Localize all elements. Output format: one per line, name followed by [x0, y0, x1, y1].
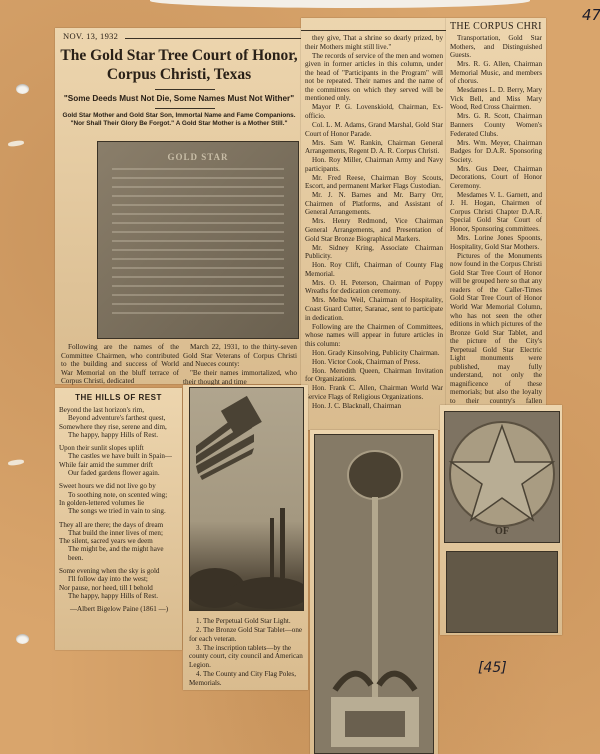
poem-line: Beyond adventure's farthest quest, — [59, 414, 179, 422]
seal-clipping: OF — [440, 405, 562, 635]
photo-captions: 1. The Perpetual Gold Star Light.2. The … — [189, 617, 304, 688]
headline-line-1: The Gold Star Tree Court of Honor, — [59, 46, 299, 65]
poem-line: The castles we have built in Spain— — [59, 452, 179, 460]
article-date: NOV. 13, 1932 — [63, 31, 118, 41]
seal-photo: OF — [444, 411, 560, 543]
committee-paragraph: Mesdames V. L. Garnett, and J. H. Hogan,… — [450, 191, 542, 234]
column-4-clipping: THE CORPUS CHRI Transportation, Gold Sta… — [446, 18, 546, 408]
headline-line-2: Corpus Christi, Texas — [59, 65, 299, 84]
poem-line: The songs we tried in vain to sing. — [59, 507, 179, 515]
rule — [155, 89, 215, 90]
committee-paragraph: Mr. Sidney Kring, Associate Chairman Pub… — [305, 244, 443, 261]
caption-item: 2. The Bronze Gold Star Tablet—one for e… — [189, 626, 304, 643]
lead-paragraph: Following are the names of the Committee… — [61, 343, 179, 386]
lead-quote: "Be their names immortalized, who their … — [183, 369, 297, 386]
rule — [125, 38, 301, 39]
committee-paragraph: Hon. Frank C. Allen, Chairman World War … — [305, 384, 443, 401]
lead-paragraph-2: March 22, 1931, to the thirty-seven Gold… — [183, 343, 297, 369]
us-flag-icon — [190, 388, 303, 610]
committee-paragraph: Mrs. R. G. Allen, Chairman Memorial Musi… — [450, 60, 542, 86]
poem-attribution: —Albert Bigelow Paine (1861 —) — [59, 605, 179, 613]
binder-hole — [16, 634, 29, 644]
poem-stanza: Beyond the last horizon's rim,Beyond adv… — [59, 406, 179, 439]
committee-paragraph: Mr. Fred Reese, Chairman Boy Scouts, Esc… — [305, 174, 443, 191]
poem-stanza: Upon their sunlit slopes upliftThe castl… — [59, 444, 179, 477]
poem-line: That build the inner lives of men; — [59, 529, 179, 537]
committee-paragraph: they give, That a shrine so dearly prize… — [305, 34, 443, 51]
committee-paragraph: Hon. Roy Miller, Chairman Army and Navy … — [305, 156, 443, 173]
headline: The Gold Star Tree Court of Honor, Corpu… — [59, 46, 299, 84]
flag-photo — [189, 387, 304, 611]
committee-paragraph: Mrs. Melba Weil, Chairman of Hospitality… — [305, 296, 443, 322]
caption-item: 3. The inscription tablets—by the county… — [189, 644, 304, 670]
committee-paragraph: Mrs. O. H. Peterson, Chairman of Poppy W… — [305, 279, 443, 296]
rule — [155, 108, 215, 109]
poem-line: They all are there; the days of dream — [59, 521, 179, 529]
paper-tear — [8, 140, 25, 147]
committee-paragraph: Mrs. Henry Redmond, Vice Chairman Genera… — [305, 217, 443, 243]
committee-paragraph: Following are the Chairmen of Committees… — [305, 323, 443, 349]
poem-stanza: They all are there; the days of dreamTha… — [59, 521, 179, 562]
committee-paragraph: Mrs. Gus Deer, Chairman Decorations, Cou… — [450, 165, 542, 191]
page-number-handwritten: 47 — [582, 6, 600, 24]
poem-line: The happy, happy Hills of Rest. — [59, 431, 179, 439]
poem-line: Some evening when the sky is gold — [59, 567, 179, 575]
headline-clipping: NOV. 13, 1932 The Gold Star Tree Court o… — [55, 28, 301, 384]
bronze-tablet-photo — [446, 551, 558, 633]
rule — [301, 30, 446, 31]
committee-paragraph: Hon. Grady Kinsolving, Publicity Chairma… — [305, 349, 443, 358]
poem-line: Somewhere they rise, serene and dim, — [59, 423, 179, 431]
torn-edge — [150, 0, 530, 8]
svg-text:OF: OF — [495, 526, 509, 537]
poem-line: Our faded gardens flower again. — [59, 469, 179, 477]
deck: Gold Star Mother and Gold Star Son, Immo… — [61, 112, 297, 128]
committee-paragraph: Hon. Roy Clift, Chairman of County Flag … — [305, 261, 443, 278]
lead-column-1: Following are the names of the Committee… — [61, 343, 179, 386]
page-number-bracketed: [45] — [478, 660, 507, 676]
plaque-heading: GOLD STAR — [98, 152, 298, 162]
committee-paragraph: Hon. Meredith Queen, Chairman Invitation… — [305, 367, 443, 384]
poem-line: The happy, happy Hills of Rest. — [59, 592, 179, 600]
poem-line: While fair amid the summer drift — [59, 461, 179, 469]
masthead: THE CORPUS CHRI — [450, 21, 542, 32]
poem-line: To soothing note, on scented wing; — [59, 491, 179, 499]
poem-title: THE HILLS OF REST — [55, 393, 182, 402]
column-3-clipping: they give, That a shrine so dearly prize… — [301, 18, 446, 430]
subhead: "Some Deeds Must Not Die, Some Names Mus… — [59, 94, 299, 103]
committee-paragraph: The records of service of the men and wo… — [305, 52, 443, 103]
paper-tear — [8, 459, 25, 466]
poem-stanza: Some evening when the sky is goldI'll fo… — [59, 567, 179, 600]
gold-star-seal-icon: OF — [445, 412, 559, 542]
caption-item: 1. The Perpetual Gold Star Light. — [189, 617, 304, 626]
committee-paragraph: Hon. Victor Cook, Chairman of Press. — [305, 358, 443, 367]
committee-paragraph: Hon. J. C. Blacknall, Chairman — [305, 402, 443, 411]
poem-line: Upon their sunlit slopes uplift — [59, 444, 179, 452]
light-clipping — [310, 430, 438, 754]
committee-paragraph: Mrs. Sam W. Rankin, Chairman General Arr… — [305, 139, 443, 156]
poem-line: The might be, and the might have been. — [59, 545, 179, 562]
committee-paragraph: Mrs. Lorine Jones Spoonts, Hospitality, … — [450, 234, 542, 251]
poem-line: The silent, sacred years we deem — [59, 537, 179, 545]
lead-column-2: March 22, 1931, to the thirty-seven Gold… — [183, 343, 297, 387]
committee-paragraph: Mrs. G. R. Scott, Chairman Banners Count… — [450, 112, 542, 138]
poem-line: In golden-lettered volumes lie — [59, 499, 179, 507]
poem-line: Sweet hours we did not live go by — [59, 482, 179, 490]
committee-paragraph: Mr. J. N. Barnes and Mr. Barry Orr, Chai… — [305, 191, 443, 217]
poem-line: Beyond the last horizon's rim, — [59, 406, 179, 414]
flag-clipping: 1. The Perpetual Gold Star Light.2. The … — [183, 385, 308, 690]
poem-line: I'll follow day into the west; — [59, 575, 179, 583]
poem-clipping: THE HILLS OF REST Beyond the last horizo… — [55, 388, 182, 650]
column-3: they give, That a shrine so dearly prize… — [305, 34, 443, 411]
committee-paragraph: Transportation, Gold Star Mothers, and D… — [450, 34, 542, 60]
plaque-engraving — [112, 168, 284, 318]
committee-paragraph: Mrs. Wm. Meyer, Chairman Badges for D.A.… — [450, 139, 542, 165]
poem-line: Nor pause, nor heed, till I behold — [59, 584, 179, 592]
caption-item: 4. The County and City Flag Poles, Memor… — [189, 670, 304, 687]
light-pole-icon — [315, 435, 433, 753]
perpetual-light-photo — [314, 434, 434, 754]
committee-paragraph: Col. L. M. Adams, Grand Marshal, Gold St… — [305, 121, 443, 138]
committee-paragraph: Mayor P. G. Lovenskiold, Chairman, Ex-of… — [305, 103, 443, 120]
committee-paragraph: Mesdames L. D. Berry, Mary Vick Bell, an… — [450, 86, 542, 112]
binder-hole — [16, 84, 29, 94]
poem-body: Beyond the last horizon's rim,Beyond adv… — [59, 406, 179, 614]
plaque-photo: GOLD STAR — [97, 141, 299, 339]
poem-stanza: Sweet hours we did not live go byTo soot… — [59, 482, 179, 515]
